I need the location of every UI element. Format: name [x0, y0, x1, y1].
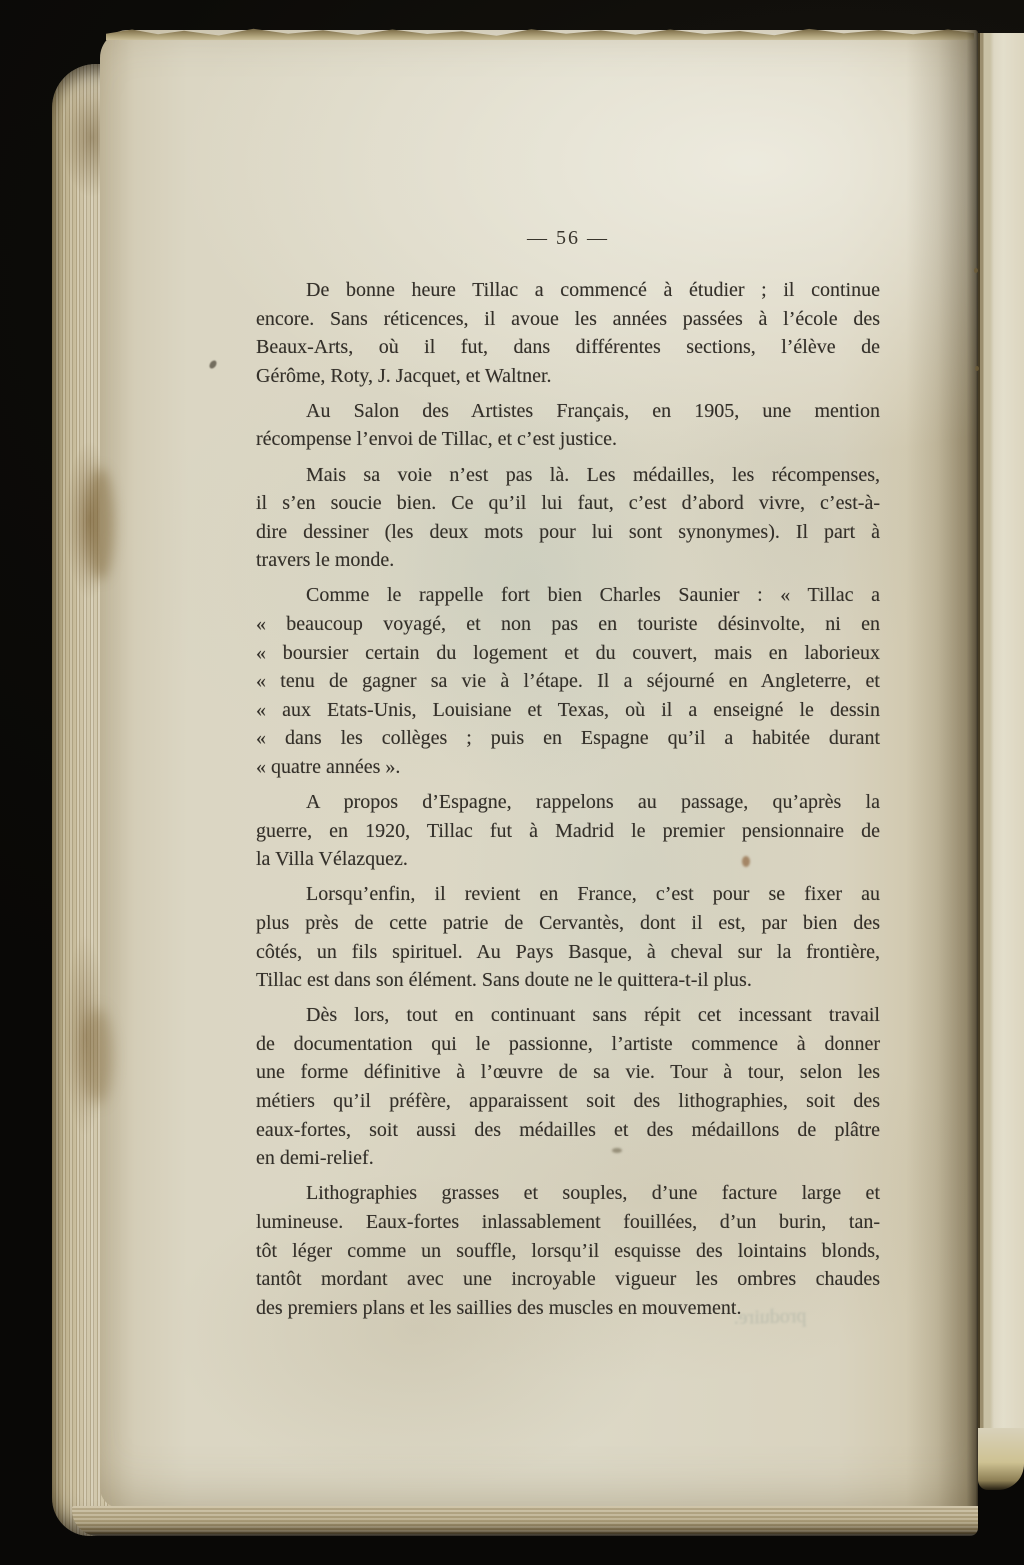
text-line: « quatre années ».: [256, 753, 880, 782]
text-line: « tenu de gagner sa vie à l’étape. Il a …: [256, 667, 880, 696]
text-line: guerre, en 1920, Tillac fut à Madrid le …: [256, 817, 880, 846]
text-line: une forme définitive à l’œuvre de sa vie…: [256, 1058, 880, 1087]
paragraph: Dès lors, tout en continuant sans répit …: [256, 1001, 880, 1173]
page-number: — 56 —: [256, 227, 880, 250]
text-line: tôt léger comme un souffle, lorsqu’il es…: [256, 1237, 880, 1266]
text-line: Au Salon des Artistes Français, en 1905,…: [256, 397, 880, 426]
paragraph: Mais sa voie n’est pas là. Les médailles…: [256, 461, 880, 575]
page-text: De bonne heure Tillac a commencé à étudi…: [256, 276, 880, 1322]
paragraph: Au Salon des Artistes Français, en 1905,…: [256, 397, 880, 454]
text-line: Lithographies grasses et souples, d’une …: [256, 1179, 880, 1208]
text-line: plus près de cette patrie de Cervantès, …: [256, 909, 880, 938]
text-line: « dans les collèges ; puis en Espagne qu…: [256, 724, 880, 753]
paragraph: A propos d’Espagne, rappelons au passage…: [256, 788, 880, 874]
text-line: Mais sa voie n’est pas là. Les médailles…: [256, 461, 880, 490]
text-line: il s’en soucie bien. Ce qu’il lui faut, …: [256, 489, 880, 518]
text-line: Beaux-Arts, où il fut, dans différentes …: [256, 333, 880, 362]
text-line: côtés, un fils spirituel. Au Pays Basque…: [256, 938, 880, 967]
facing-page-edge: [978, 33, 1024, 1433]
text-line: de documentation qui le passionne, l’art…: [256, 1030, 880, 1059]
paragraph: De bonne heure Tillac a commencé à étudi…: [256, 276, 880, 390]
text-line: travers le monde.: [256, 546, 880, 575]
text-line: tantôt mordant avec une incroyable vigue…: [256, 1265, 880, 1294]
text-line: en demi-relief.: [256, 1144, 880, 1173]
text-line: « beaucoup voyagé, et non pas en tourist…: [256, 610, 880, 639]
paragraph: Comme le rappelle fort bien Charles Saun…: [256, 581, 880, 781]
text-line: dire dessiner (les deux mots pour lui so…: [256, 518, 880, 547]
book-bottom-page-edges: [72, 1506, 978, 1536]
text-line: A propos d’Espagne, rappelons au passage…: [256, 788, 880, 817]
text-line: De bonne heure Tillac a commencé à étudi…: [256, 276, 880, 305]
text-line: eaux-fortes, soit aussi des médailles et…: [256, 1116, 880, 1145]
text-line: métiers qu’il préfère, apparaissent soit…: [256, 1087, 880, 1116]
bleed-through-text: produire.: [690, 1304, 851, 1331]
text-line: « boursier certain du logement et du cou…: [256, 639, 880, 668]
text-line: lumineuse. Eaux-fortes inlassablement fo…: [256, 1208, 880, 1237]
text-line: « aux Etats-Unis, Louisiane et Texas, où…: [256, 696, 880, 725]
text-line: Gérôme, Roty, J. Jacquet, et Waltner.: [256, 362, 880, 391]
text-line: Lorsqu’enfin, il revient en France, c’es…: [256, 880, 880, 909]
paragraph: Lithographies grasses et souples, d’une …: [256, 1179, 880, 1322]
facing-page-curl: [978, 1428, 1024, 1490]
text-line: Tillac est dans son élément. Sans doute …: [256, 966, 880, 995]
text-line: encore. Sans réticences, il avoue les an…: [256, 305, 880, 334]
book-photograph: — 56 — De bonne heure Tillac a commencé …: [0, 0, 1024, 1565]
text-line: la Villa Vélazquez.: [256, 845, 880, 874]
deckle-top-edge: [106, 25, 974, 40]
text-line: Dès lors, tout en continuant sans répit …: [256, 1001, 880, 1030]
text-line: Comme le rappelle fort bien Charles Saun…: [256, 581, 880, 610]
text-line: récompense l’envoi de Tillac, et c’est j…: [256, 425, 880, 454]
paragraph: Lorsqu’enfin, il revient en France, c’es…: [256, 880, 880, 994]
